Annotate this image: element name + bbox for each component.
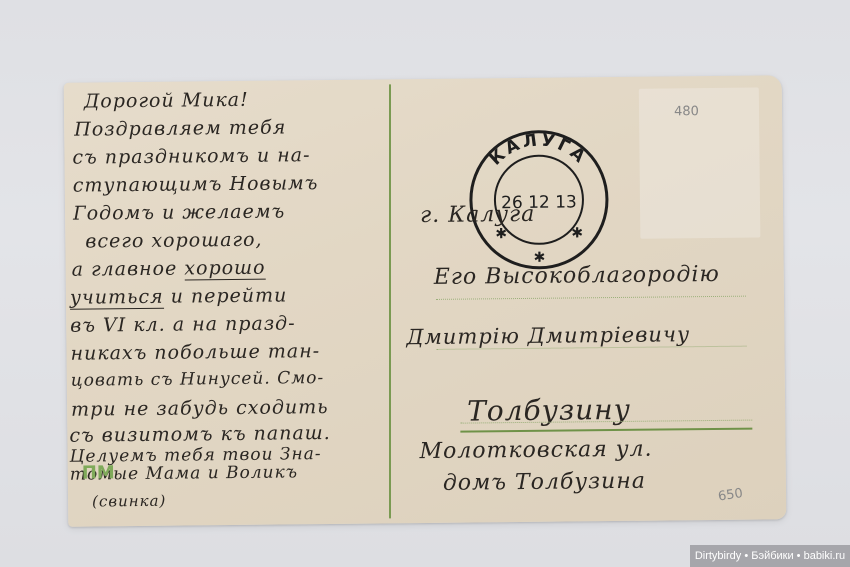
underlined-word: учиться	[70, 286, 164, 310]
divider-line	[389, 84, 391, 518]
message: Дорогой Мика! Поздравляем тебя съ праздн…	[64, 75, 782, 83]
message-line: Дорогой Мика!	[84, 89, 249, 113]
message-line: учиться и перейти	[70, 284, 288, 308]
stamp-area	[639, 87, 761, 238]
watermark: Dirtybirdy • Бэйбики • babiki.ru	[690, 545, 850, 567]
message-line: Поздравляем тебя	[74, 116, 286, 140]
message-line: а главное хорошо	[72, 257, 266, 281]
address-name: Дмитрію Дмитріевичу	[406, 322, 690, 349]
svg-text:КАЛУГА: КАЛУГА	[486, 130, 592, 170]
message-line: ступающимъ Новымъ	[73, 172, 319, 197]
message-line: съ праздникомъ и на-	[72, 144, 310, 168]
underlined-word: хорошо	[184, 257, 265, 281]
postcard: Дорогой Мика! Поздравляем тебя съ праздн…	[64, 75, 787, 526]
address-city: г. Калуга	[420, 202, 536, 228]
message-line: всего хорошаго,	[85, 229, 262, 253]
message-line: три не забудь сходить	[71, 396, 329, 421]
message-line: въ VI кл. а на празд-	[70, 312, 296, 336]
address-street: Молотковская ул.	[419, 437, 652, 464]
message-line: никахъ побольше тан-	[70, 340, 320, 365]
address-house: домъ Толбузина	[443, 469, 646, 496]
message-line: цовать съ Нинусей. Смо-	[71, 368, 325, 391]
pencil-note-top: 480	[674, 104, 699, 119]
postmark-city: КАЛУГА	[486, 130, 592, 170]
star-icon: ✱	[571, 225, 583, 241]
star-icon: ✱	[495, 226, 507, 242]
address-solid-line	[460, 428, 752, 433]
pencil-note-bottom: 650	[717, 486, 744, 505]
message-line: Годомъ и желаемъ	[73, 200, 285, 224]
message-line: съ визитомъ къ папаш.	[69, 422, 331, 447]
address-title: Его Высокоблагородію	[434, 262, 720, 290]
address-dotted-line	[436, 296, 746, 300]
postmark: КАЛУГА 26 12 13 ✱ ✱ ✱	[464, 125, 614, 275]
signature-note: (свинка)	[92, 492, 166, 511]
green-monogram: ПМ	[82, 462, 115, 483]
